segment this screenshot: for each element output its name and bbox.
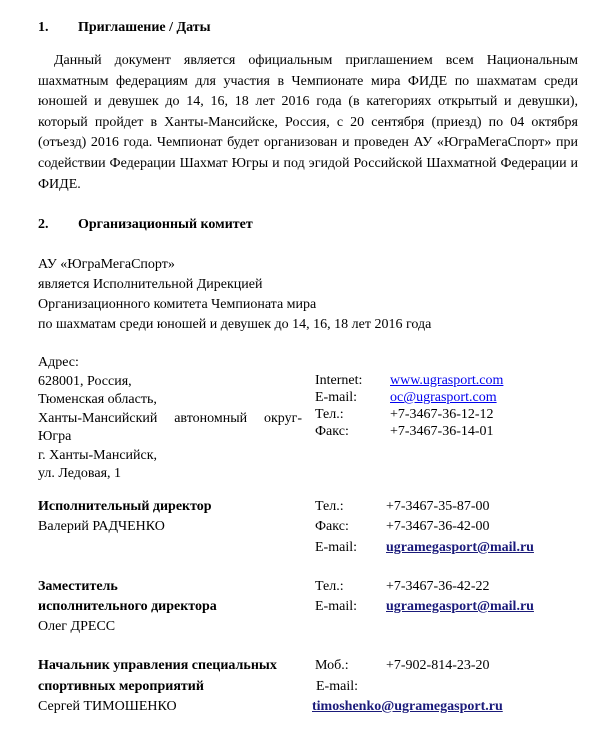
address-line: Югра: [38, 428, 302, 447]
intro-line: АУ «ЮграМегаСпорт»: [38, 255, 175, 275]
intro-line: по шахматам среди юношей и девушек до 14…: [38, 315, 431, 335]
section-2-number: 2.: [38, 215, 49, 235]
person-title: исполнительного директора: [38, 597, 217, 617]
contact-label-phone: Тел.:: [315, 497, 344, 517]
person-name: Валерий РАДЧЕНКО: [38, 517, 165, 537]
email-link[interactable]: ugramegasport@mail.ru: [386, 597, 534, 617]
address-line: г. Ханты-Мансийск,: [38, 447, 302, 466]
contact-mobile: +7-902-814-23-20: [386, 656, 490, 676]
person-title: Заместитель: [38, 577, 118, 597]
intro-line: Организационного комитета Чемпионата мир…: [38, 295, 316, 315]
section-1-title: Приглашение / Даты: [78, 18, 211, 38]
contact-phone: +7-3467-35-87-00: [386, 497, 490, 517]
contact-label-mobile: Моб.:: [315, 656, 349, 676]
address-line: 628001, Россия,: [38, 373, 302, 392]
contact-label-fax: Факс:: [315, 422, 349, 442]
email-link[interactable]: ugramegasport@mail.ru: [386, 538, 534, 558]
contact-label-email: E-mail:: [315, 597, 357, 617]
person-title: спортивных мероприятий: [38, 677, 204, 697]
contact-phone: +7-3467-36-42-22: [386, 577, 490, 597]
person-name: Олег ДРЕСС: [38, 617, 115, 637]
address-block: Адрес: 628001, Россия, Тюменская область…: [38, 354, 302, 484]
section-1-number: 1.: [38, 18, 49, 38]
person-title: Исполнительный директор: [38, 497, 212, 517]
intro-line: является Исполнительной Дирекцией: [38, 275, 263, 295]
section-2-title: Организационный комитет: [78, 215, 253, 235]
person-title: Начальник управления специальных: [38, 656, 277, 676]
address-line: ул. Ледовая, 1: [38, 465, 302, 484]
address-line: Ханты-Мансийский автономный округ-: [38, 410, 302, 429]
address-line: Тюменская область,: [38, 391, 302, 410]
address-label: Адрес:: [38, 354, 302, 373]
email-link[interactable]: timoshenko@ugramegasport.ru: [312, 697, 503, 717]
contact-fax: +7-3467-36-14-01: [390, 422, 494, 442]
person-name: Сергей ТИМОШЕНКО: [38, 697, 177, 717]
contact-fax: +7-3467-36-42-00: [386, 517, 490, 537]
section-1-paragraph: Данный документ является официальным при…: [38, 51, 578, 195]
contact-label-email: E-mail:: [316, 677, 358, 697]
contact-label-email: E-mail:: [315, 538, 357, 558]
contact-label-phone: Тел.:: [315, 577, 344, 597]
contact-label-fax: Факс:: [315, 517, 349, 537]
